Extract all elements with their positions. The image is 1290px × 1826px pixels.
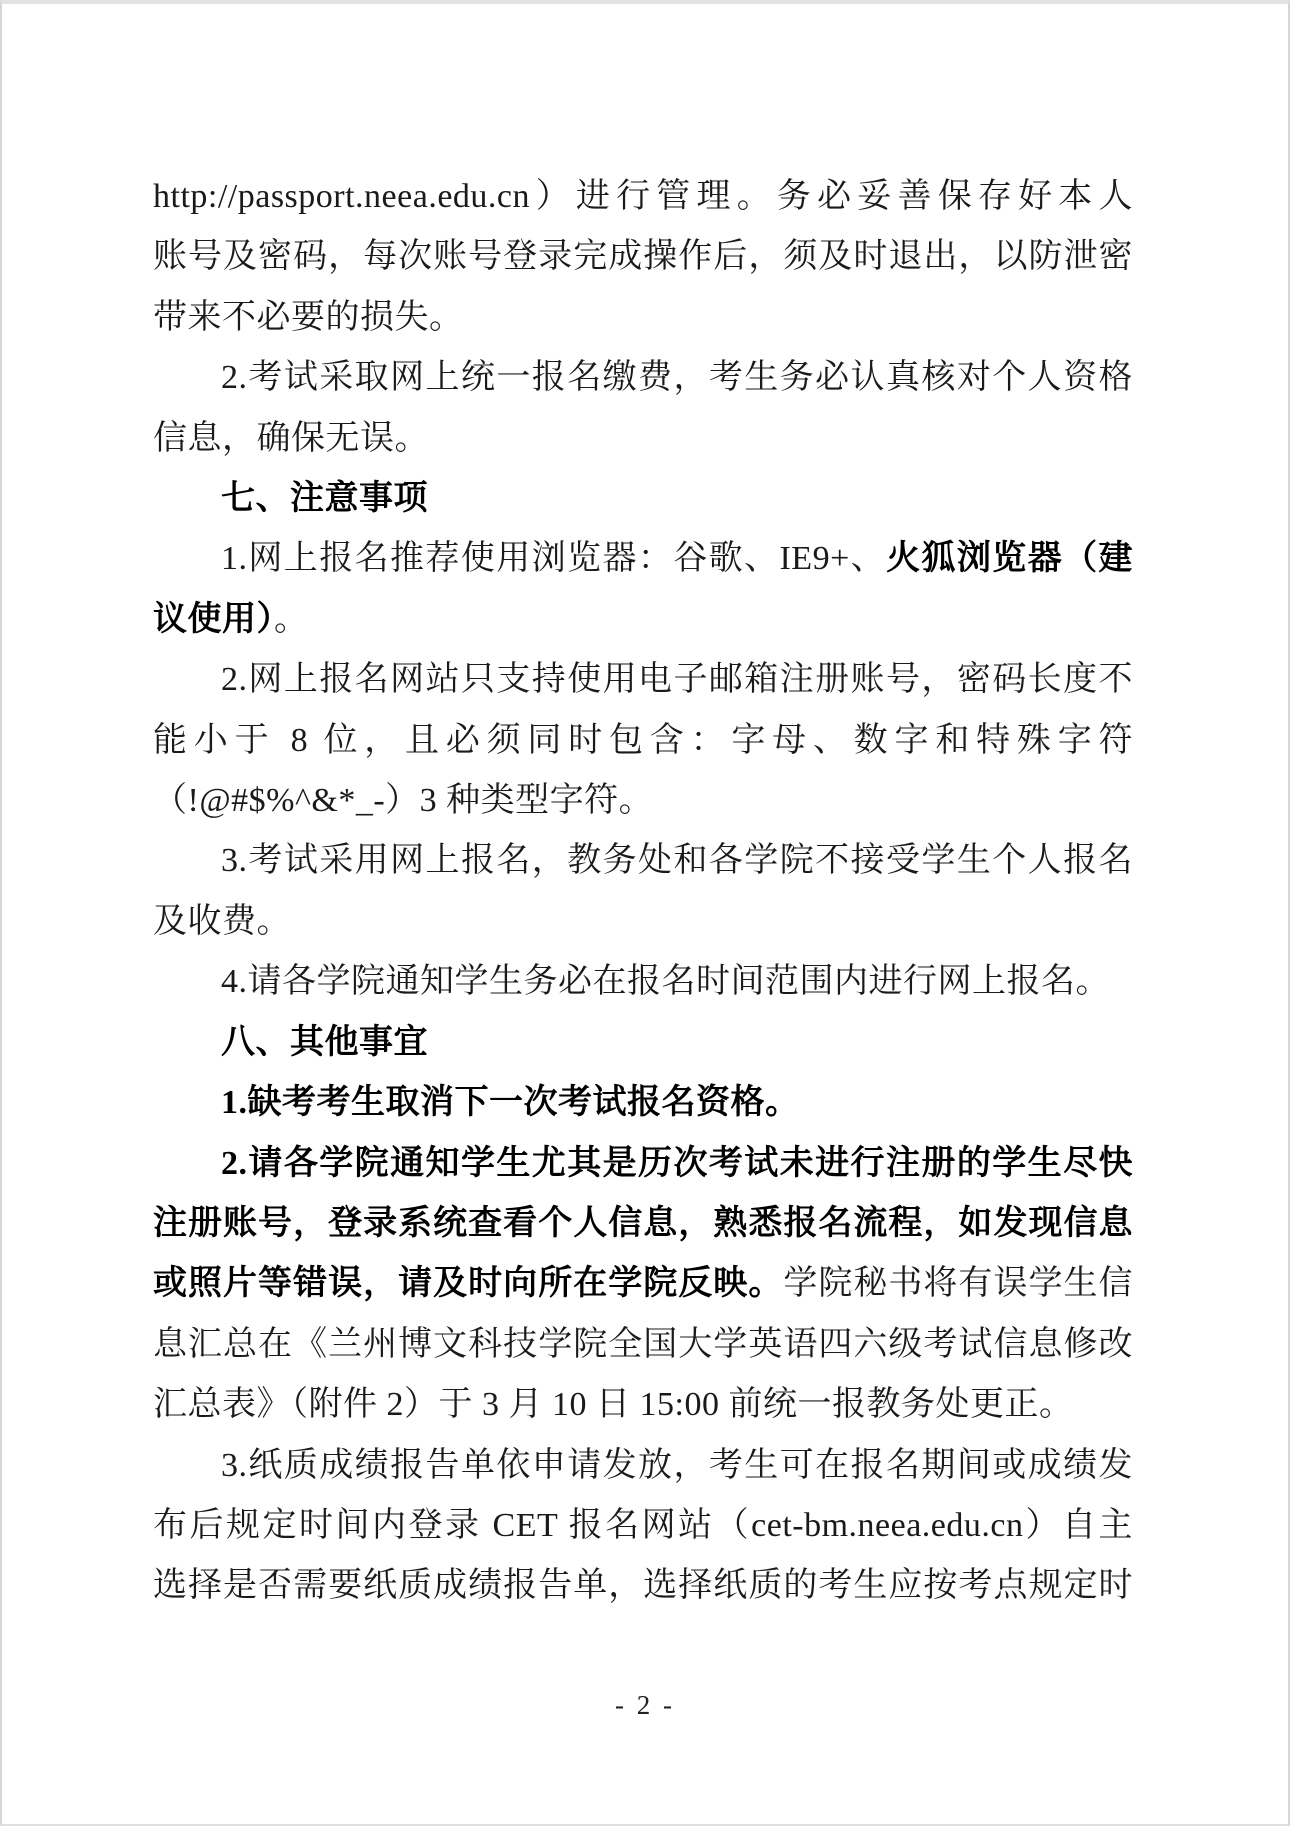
document-page: http://passport.neea.edu.cn）进行管理。务必妥善保存好… xyxy=(0,0,1290,1826)
text-line: 3.考试采用网上报名，教务处和各学院不接受学生个人报名 xyxy=(153,831,1133,891)
document-body: http://passport.neea.edu.cn）进行管理。务必妥善保存好… xyxy=(153,167,1133,1617)
text-line: 4.请各学院通知学生务必在报名时间范围内进行网上报名。 xyxy=(153,952,1133,1012)
bold-text-run: 火狐浏览器（建 xyxy=(886,540,1133,577)
bold-text-run: 议使用） xyxy=(153,601,274,638)
bold-text-run: 七、注意事项 xyxy=(221,480,428,517)
text-line: 2.请各学院通知学生尤其是历次考试未进行注册的学生尽快 xyxy=(153,1134,1133,1194)
text-run: 汇总表》（附件 2）于 3 月 10 日 15:00 前统一报教务处更正。 xyxy=(153,1386,1073,1423)
text-line: 或照片等错误，请及时向所在学院反映。学院秘书将有误学生信 xyxy=(153,1254,1133,1314)
text-line: 布后规定时间内登录 CET 报名网站（cet-bm.neea.edu.cn）自主 xyxy=(153,1496,1133,1556)
text-line: 息汇总在《兰州博文科技学院全国大学英语四六级考试信息修改 xyxy=(153,1315,1133,1375)
text-line: 能小于 8 位，且必须同时包含：字母、数字和特殊字符 xyxy=(153,711,1133,771)
text-line: 1.网上报名推荐使用浏览器：谷歌、IE9+、火狐浏览器（建 xyxy=(153,529,1133,589)
bold-text-run: 或照片等错误，请及时向所在学院反映。 xyxy=(153,1265,783,1302)
text-run: 带来不必要的损失。 xyxy=(153,299,464,336)
bold-text-run: 注册账号，登录系统查看个人信息，熟悉报名流程，如发现信息 xyxy=(153,1205,1133,1242)
text-line: 2.网上报名网站只支持使用电子邮箱注册账号，密码长度不 xyxy=(153,650,1133,710)
text-line: 1.缺考考生取消下一次考试报名资格。 xyxy=(153,1073,1133,1133)
text-line: 及收费。 xyxy=(153,892,1133,952)
text-run: 布后规定时间内登录 CET 报名网站（cet-bm.neea.edu.cn）自主 xyxy=(153,1507,1133,1544)
text-line: 汇总表》（附件 2）于 3 月 10 日 15:00 前统一报教务处更正。 xyxy=(153,1375,1133,1435)
text-line: 议使用）。 xyxy=(153,590,1133,650)
bold-text-run: 2.请各学院通知学生尤其是历次考试未进行注册的学生尽快 xyxy=(221,1145,1133,1182)
text-run: http://passport.neea.edu.cn）进行管理。务必妥善保存好… xyxy=(153,178,1133,215)
text-line: 2.考试采取网上统一报名缴费，考生务必认真核对个人资格 xyxy=(153,348,1133,408)
text-line: 注册账号，登录系统查看个人信息，熟悉报名流程，如发现信息 xyxy=(153,1194,1133,1254)
text-run: 能小于 8 位，且必须同时包含：字母、数字和特殊字符 xyxy=(153,722,1133,759)
text-run: 账号及密码，每次账号登录完成操作后，须及时退出，以防泄密 xyxy=(153,238,1133,275)
bold-text-run: 1.缺考考生取消下一次考试报名资格。 xyxy=(221,1084,800,1121)
text-run: 信息，确保无误。 xyxy=(153,420,429,457)
text-run: 2.网上报名网站只支持使用电子邮箱注册账号，密码长度不 xyxy=(221,661,1133,698)
text-line: （!@#$%^&*_-）3 种类型字符。 xyxy=(153,771,1133,831)
text-run: （!@#$%^&*_-）3 种类型字符。 xyxy=(153,782,653,819)
section-heading: 八、其他事宜 xyxy=(153,1013,1133,1073)
page-number: - 2 - xyxy=(2,1690,1288,1721)
text-line: 选择是否需要纸质成绩报告单，选择纸质的考生应按考点规定时 xyxy=(153,1556,1133,1616)
text-line: 账号及密码，每次账号登录完成操作后，须及时退出，以防泄密 xyxy=(153,227,1133,287)
text-run: 学院秘书将有误学生信 xyxy=(783,1265,1133,1302)
text-line: http://passport.neea.edu.cn）进行管理。务必妥善保存好… xyxy=(153,167,1133,227)
text-run: 3.纸质成绩报告单依申请发放，考生可在报名期间或成绩发 xyxy=(221,1447,1133,1484)
text-run: 息汇总在《兰州博文科技学院全国大学英语四六级考试信息修改 xyxy=(153,1326,1133,1363)
text-run: 4.请各学院通知学生务必在报名时间范围内进行网上报名。 xyxy=(221,963,1110,1000)
section-heading: 七、注意事项 xyxy=(153,469,1133,529)
bold-text-run: 八、其他事宜 xyxy=(221,1024,428,1061)
text-run: 3.考试采用网上报名，教务处和各学院不接受学生个人报名 xyxy=(221,842,1133,879)
text-line: 信息，确保无误。 xyxy=(153,409,1133,469)
text-run: 1.网上报名推荐使用浏览器：谷歌、IE9+、 xyxy=(221,540,886,577)
text-line: 带来不必要的损失。 xyxy=(153,288,1133,348)
text-line: 3.纸质成绩报告单依申请发放，考生可在报名期间或成绩发 xyxy=(153,1436,1133,1496)
text-run: 。 xyxy=(274,601,309,638)
text-run: 及收费。 xyxy=(153,903,291,940)
text-run: 2.考试采取网上统一报名缴费，考生务必认真核对个人资格 xyxy=(221,359,1133,396)
text-run: 选择是否需要纸质成绩报告单，选择纸质的考生应按考点规定时 xyxy=(153,1567,1133,1604)
